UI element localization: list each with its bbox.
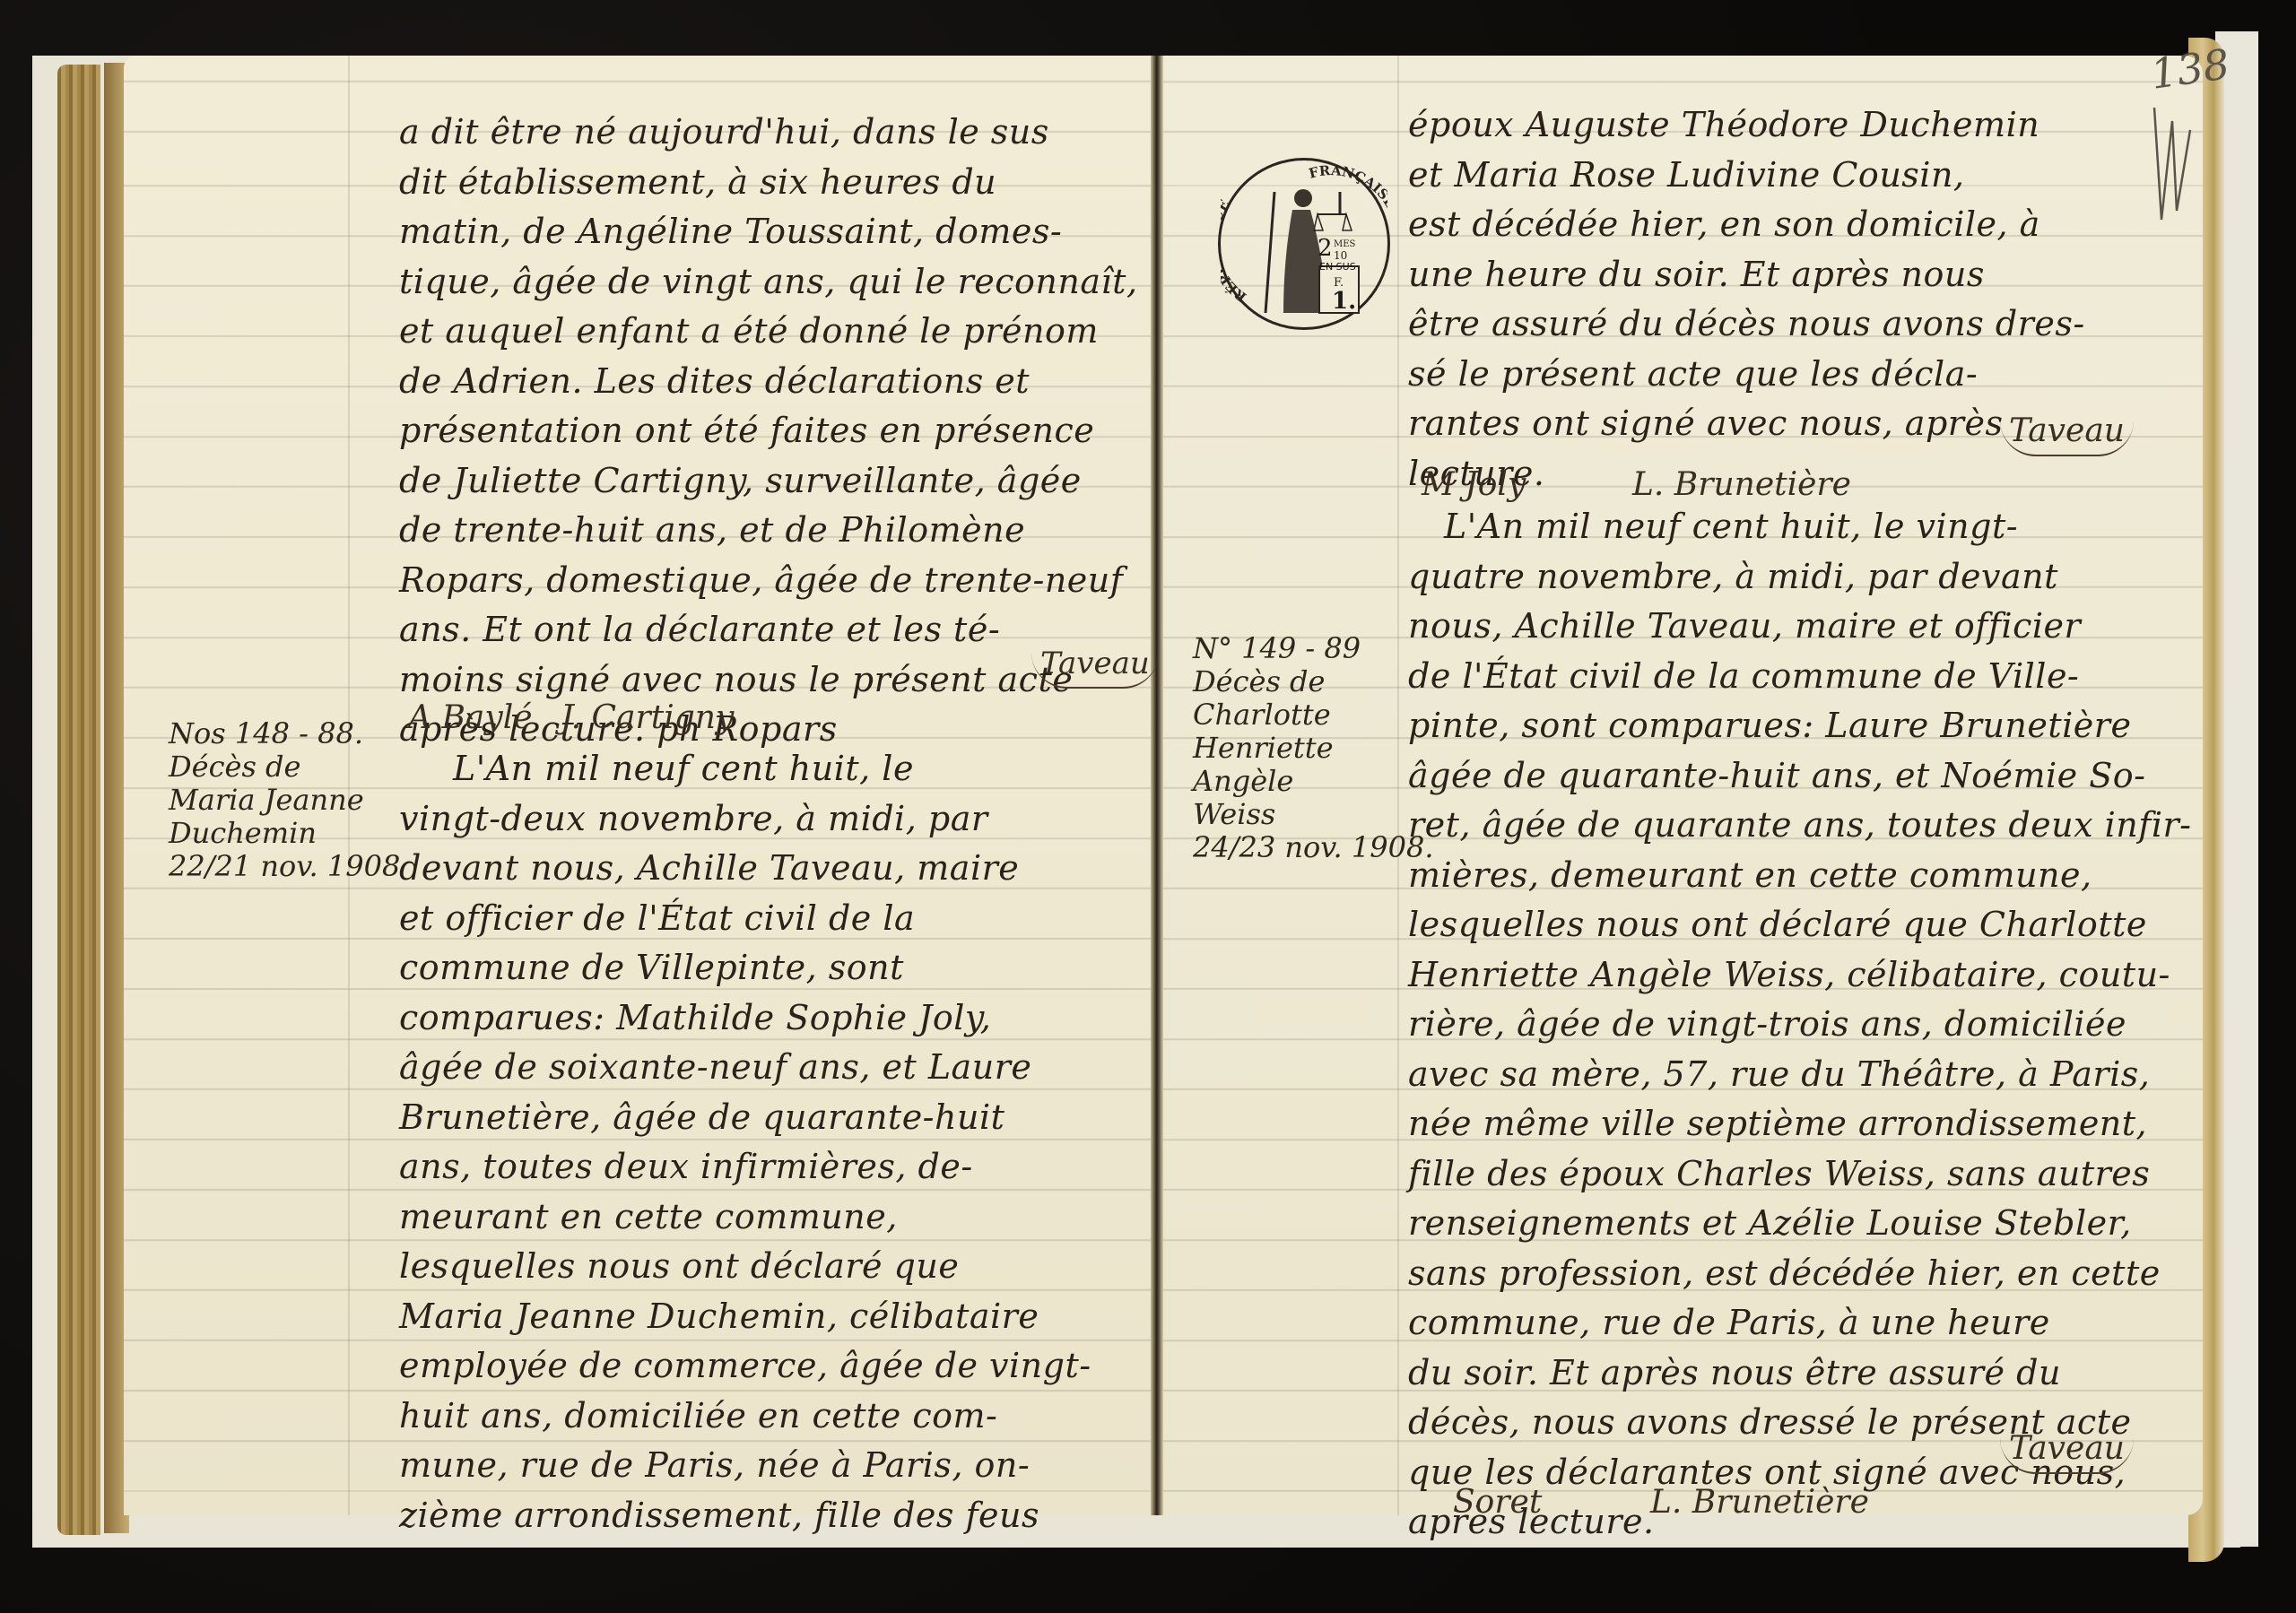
svg-text:RÉPUBLIQUE: RÉPUBLIQUE [1221,197,1249,306]
deceased-surname: Duchemin [169,817,400,850]
text-line: rantes ont signé avec nous, après [1408,399,2085,449]
text-line: tique, âgée de vingt ans, qui le reconna… [399,257,1138,308]
text-line: nous, Achille Taveau, maire et officier [1408,602,2192,652]
signature-soret: Soret [1453,1484,1542,1521]
act-title: Décès de [1193,665,1434,698]
text-line: huit ans, domiciliée en cette com- [399,1392,1091,1442]
text-line: Maria Jeanne Duchemin, célibataire [399,1292,1091,1342]
text-line: et officier de l'État civil de la [399,894,1091,944]
text-line: L'An mil neuf cent huit, le [399,744,1091,794]
text-line: fille des époux Charles Weiss, sans autr… [1408,1149,2192,1200]
act-149-body: L'An mil neuf cent huit, le vingt- quatr… [1408,502,2192,1548]
text-line: Henriette Angèle Weiss, célibataire, cou… [1408,950,2192,1001]
text-line: commune de Villepinte, sont [399,943,1091,993]
signature-bayle: A Baylé [408,699,533,736]
margin-entry-149: N° 149 - 89 Décès de Charlotte Henriette… [1193,632,1434,864]
svg-text:MES: MES [1334,239,1356,249]
act-title: Décès de [169,750,400,784]
text-line: dit établissement, à six heures du [399,158,1138,208]
text-line: époux Auguste Théodore Duchemin [1408,100,2085,151]
margin-entry-148: Nos 148 - 88. Décès de Maria Jeanne Duch… [169,717,400,883]
text-line: est décédée hier, en son domicile, à [1408,200,2085,250]
text-line: a dit être né aujourd'hui, dans le sus [399,108,1138,158]
text-line: mune, rue de Paris, née à Paris, on- [399,1441,1091,1491]
book-edge-left [57,65,100,1535]
text-line: devant nous, Achille Taveau, maire [399,844,1091,894]
text-line: sans profession, est décédée hier, en ce… [1408,1249,2192,1299]
act-date: 22/21 nov. 1908 [169,850,400,883]
paraph-mark-icon [2145,103,2199,229]
text-line: présentation ont été faites en présence [399,406,1138,456]
text-line: une heure du soir. Et après nous [1408,250,2085,300]
text-line: vingt-deux novembre, à midi, par [399,794,1091,845]
text-line: matin, de Angéline Toussaint, domes- [399,207,1138,257]
act-148-body: L'An mil neuf cent huit, le vingt-deux n… [399,744,1091,1540]
text-line: âgée de soixante-neuf ans, et Laure [399,1043,1091,1093]
act-number: Nos 148 - 88. [169,717,400,750]
signature-taveau: Taveau [2000,1430,2134,1474]
left-continuation-text: a dit être né aujourd'hui, dans le sus d… [399,108,1138,755]
text-line: et Maria Rose Ludivine Cousin, [1408,151,2085,201]
deceased-name: Henriette [1193,732,1434,765]
text-line: rière, âgée de vingt-trois ans, domicili… [1408,1000,2192,1050]
stamp-value: 2 [1318,235,1333,262]
text-line: lesquelles nous ont déclaré que [399,1242,1091,1292]
text-line: âgée de quarante-huit ans, et Noémie So- [1408,751,2192,802]
text-line: être assuré du décès nous avons dres- [1408,299,2085,350]
text-line: du soir. Et après nous être assuré du [1408,1349,2192,1399]
text-line: de Juliette Cartigny, surveillante, âgée [399,456,1138,507]
act-date: 24/23 nov. 1908. [1193,831,1434,864]
svg-text:1.: 1. [1332,288,1356,315]
text-line: Ropars, domestique, âgée de trente-neuf [399,556,1138,606]
text-line: et auquel enfant a été donné le prénom [399,307,1138,357]
text-line: avec sa mère, 57, rue du Théâtre, à Pari… [1408,1050,2192,1100]
book-gutter [1151,56,1163,1515]
signature-taveau: Taveau [1031,646,1159,689]
svg-text:FRANÇAISE: FRANÇAISE [1307,162,1387,212]
deceased-surname: Weiss [1193,798,1434,831]
text-line: de l'État civil de la commune de Ville- [1408,652,2192,702]
text-line: moins signé avec nous le présent acte [399,655,1138,706]
signature-brunetiere: L. Brunetière [1650,1484,1869,1521]
justice-figure-icon: RÉPUBLIQUE FRANÇAISE 2 MES 10 EN SUS F. … [1221,160,1387,327]
text-line: pinte, sont comparues: Laure Brunetière [1408,701,2192,751]
deceased-name: Angèle [1193,765,1434,798]
deceased-name: Maria Jeanne [169,784,400,817]
text-line: meurant en cette commune, [399,1192,1091,1243]
signature-taveau: Taveau [2000,412,2134,456]
act-number: N° 149 - 89 [1193,632,1434,665]
text-line: née même ville septième arrondissement, [1408,1099,2192,1149]
text-line: sé le présent acte que les décla- [1408,350,2085,400]
stamp-left-arc: RÉPUBLIQUE [1221,197,1249,306]
svg-text:10: 10 [1334,249,1347,262]
signature-brunetiere: L. Brunetière [1632,466,1851,503]
text-line: lesquelles nous ont déclaré que Charlott… [1408,900,2192,950]
deceased-name: Charlotte [1193,698,1434,732]
text-line: quatre novembre, à midi, par devant [1408,552,2192,603]
right-continuation-text: époux Auguste Théodore Duchemin et Maria… [1408,100,2085,499]
text-line: ans. Et ont la déclarante et les té- [399,605,1138,655]
text-line: mières, demeurant en cette commune, [1408,851,2192,901]
text-line: commune, rue de Paris, à une heure [1408,1298,2192,1349]
text-line: employée de commerce, âgée de vingt- [399,1341,1091,1392]
text-line: de trente-huit ans, et de Philomène [399,506,1138,556]
text-line: L'An mil neuf cent huit, le vingt- [1408,502,2192,552]
svg-text:EN SUS: EN SUS [1319,261,1356,273]
text-line: comparues: Mathilde Sophie Joly, [399,993,1091,1044]
text-line: ans, toutes deux infirmières, de- [399,1142,1091,1192]
stamp-right-arc: FRANÇAISE [1307,162,1387,212]
text-line: Brunetière, âgée de quarante-huit [399,1093,1091,1143]
signature-cartigny: J. Cartigny [561,699,734,736]
text-line: zième arrondissement, fille des feus [399,1491,1091,1541]
text-line: ret, âgée de quarante ans, toutes deux i… [1408,801,2192,851]
text-line: de Adrien. Les dites déclarations et [399,357,1138,407]
tax-stamp: RÉPUBLIQUE FRANÇAISE 2 MES 10 EN SUS F. … [1218,158,1390,330]
signature-joly: M Joly [1422,466,1526,503]
text-line: renseignements et Azélie Louise Stebler, [1408,1199,2192,1249]
